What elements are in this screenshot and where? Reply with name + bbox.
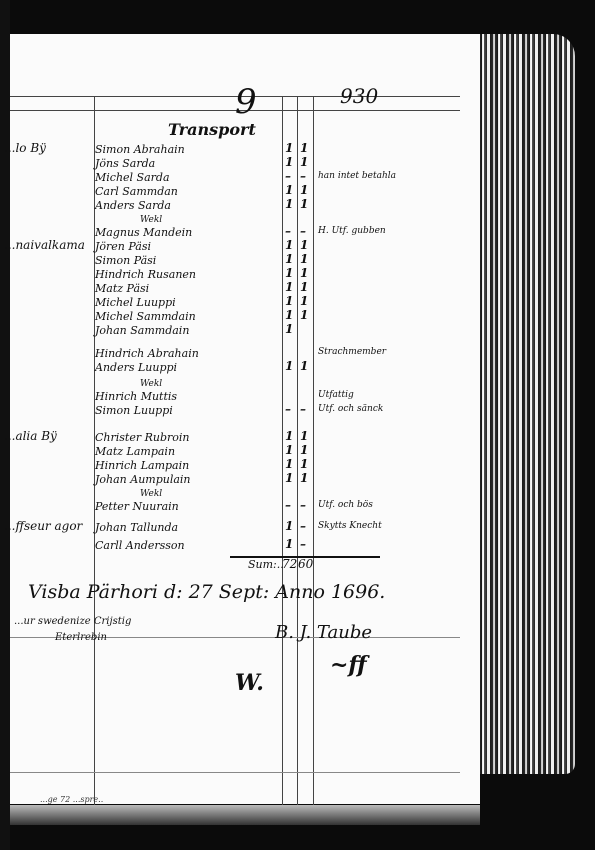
ledger-row: Michel Luuppi (95, 296, 285, 310)
tally-mark: 1 (285, 266, 293, 280)
tally-mark: – (300, 169, 306, 183)
corner-mark: 9 (235, 82, 257, 122)
remark-note: Skytts Knecht (318, 521, 382, 531)
superscript-note: Wekl (140, 215, 162, 225)
tally-mark: – (300, 519, 306, 533)
tally-mark: 1 (300, 280, 308, 294)
person-name: Simon Päsi (95, 254, 158, 267)
tally-mark: – (300, 402, 306, 416)
ledger-row: Johan Sammdain (95, 324, 285, 338)
ledger-row: Michel Sammdain (95, 310, 285, 324)
person-name: Magnus Mandein (95, 226, 194, 239)
tally-mark: 1 (300, 266, 308, 280)
person-name: Matz Lampain (95, 445, 177, 458)
tally-mark: 1 (300, 238, 308, 252)
page-number: 930 (340, 84, 378, 108)
person-name: Anders Luuppi (95, 361, 179, 374)
tally-mark: – (300, 537, 306, 551)
tally-mark: – (285, 402, 291, 416)
tally-mark: – (300, 498, 306, 512)
ledger-row: Magnus Mandein (95, 226, 285, 240)
signature-flourish: ~ff (330, 652, 367, 678)
tally-mark: 1 (300, 308, 308, 322)
tally-mark: 1 (285, 197, 293, 211)
person-name: Michel Luuppi (95, 296, 178, 309)
ledger-row: Hindrich Rusanen (95, 268, 285, 282)
remark-note: Strachmember (318, 347, 386, 357)
remark-note: Utf. och bös (318, 500, 373, 510)
tally-mark: 1 (285, 280, 293, 294)
tally-mark: 1 (285, 519, 293, 533)
tally-mark: 1 (285, 155, 293, 169)
tally-mark: 1 (300, 471, 308, 485)
person-name: Hinrich Lampain (95, 459, 191, 472)
left-note-2: Eterlrebin (55, 632, 107, 643)
tally-mark: 1 (300, 183, 308, 197)
person-name: Christer Rubroin (95, 431, 192, 444)
person-name: Carll Andersson (95, 539, 187, 552)
tally-mark: – (285, 498, 291, 512)
transport-header: Transport (168, 120, 256, 139)
tally-mark: 1 (300, 443, 308, 457)
remark-note: Utf. och sänck (318, 404, 383, 414)
village-label: ...lo Bÿ (4, 141, 46, 155)
sum-value: 72 (282, 557, 297, 571)
tally-mark: 1 (285, 443, 293, 457)
closing-line: Visba Pärhori d: 27 Sept: Anno 1696. (28, 581, 385, 603)
book-spine (0, 0, 10, 850)
superscript-note: Wekl (140, 379, 162, 389)
tally-mark: – (300, 224, 306, 238)
tally-mark: 1 (300, 141, 308, 155)
tally-mark: – (285, 169, 291, 183)
village-label: ...naivalkama (4, 238, 85, 252)
person-name: Hinrich Muttis (95, 390, 179, 403)
ledger-row: Carll Andersson (95, 539, 285, 553)
ledger-row: Christer Rubroin (95, 431, 285, 445)
lower-rule (10, 772, 460, 773)
tally-mark: – (285, 224, 291, 238)
person-name: Anders Sarda (95, 199, 173, 212)
tally-mark: 1 (300, 429, 308, 443)
person-name: Hindrich Abrahain (95, 347, 201, 360)
person-name: Michel Sarda (95, 171, 172, 184)
tally-mark: 1 (300, 294, 308, 308)
ledger-row: Jöns Sarda (95, 157, 285, 171)
village-label: ...ffseur agor (4, 519, 82, 533)
tally-mark: 1 (285, 252, 293, 266)
sum-value-2: 60 (298, 557, 313, 571)
village-label: ...alia Bÿ (4, 429, 57, 443)
ledger-row: Simon Päsi (95, 254, 285, 268)
remark-note: Utfattig (318, 390, 354, 400)
mark-w: W. (235, 670, 264, 696)
ledger-row: Matz Lampain (95, 445, 285, 459)
person-name: Hindrich Rusanen (95, 268, 198, 281)
tally-mark: 1 (285, 141, 293, 155)
ledger-row: Hinrich Muttis (95, 390, 285, 404)
tally-mark: 1 (300, 359, 308, 373)
ledger-row: Simon Abrahain (95, 143, 285, 157)
ledger-row: Jören Päsi (95, 240, 285, 254)
tally-mark: 1 (285, 359, 293, 373)
ledger-row: Petter Nuurain (95, 500, 285, 514)
person-name: Matz Päsi (95, 282, 151, 295)
ledger-row: Anders Luuppi (95, 361, 285, 375)
sum-label: Sum:.. (248, 558, 284, 571)
remark-note: han intet betahla (318, 171, 396, 181)
signature: B. J. Taube (275, 622, 372, 643)
ledger-row: Johan Aumpulain (95, 473, 285, 487)
tally-mark: 1 (300, 457, 308, 471)
ledger-row: Michel Sarda (95, 171, 285, 185)
tally-mark: 1 (285, 308, 293, 322)
ledger-row: Hindrich Abrahain (95, 347, 285, 361)
tally-mark: 1 (300, 197, 308, 211)
tally-mark: 1 (300, 252, 308, 266)
tally-mark: 1 (285, 183, 293, 197)
remark-note: H. Utf. gubben (318, 226, 386, 236)
tally-mark: 1 (300, 155, 308, 169)
person-name: Jöns Sarda (95, 157, 157, 170)
person-name: Johan Aumpulain (95, 473, 193, 486)
person-name: Johan Sammdain (95, 324, 191, 337)
tally-mark: 1 (285, 238, 293, 252)
superscript-note: Wekl (140, 489, 162, 499)
ledger-row: Matz Päsi (95, 282, 285, 296)
person-name: Michel Sammdain (95, 310, 198, 323)
tally-mark: 1 (285, 537, 293, 551)
tally-mark: 1 (285, 294, 293, 308)
footer-note: ...ge 72 ...spre.. (40, 795, 103, 804)
page-bottom-shadow (10, 805, 480, 825)
tally-mark: 1 (285, 457, 293, 471)
ledger-row: Simon Luuppi (95, 404, 285, 418)
left-note-1: ...ur swedenize Crijstig (14, 616, 131, 627)
ledger-row: Hinrich Lampain (95, 459, 285, 473)
person-name: Simon Luuppi (95, 404, 175, 417)
person-name: Simon Abrahain (95, 143, 187, 156)
ledger-row: Johan Tallunda (95, 521, 285, 535)
column-rule (297, 96, 298, 806)
person-name: Carl Sammdan (95, 185, 180, 198)
person-name: Jören Päsi (95, 240, 153, 253)
person-name: Petter Nuurain (95, 500, 181, 513)
tally-mark: 1 (285, 322, 293, 336)
tally-mark: 1 (285, 471, 293, 485)
column-rule (313, 96, 314, 806)
person-name: Johan Tallunda (95, 521, 180, 534)
ledger-row: Carl Sammdan (95, 185, 285, 199)
ledger-row: Anders Sarda (95, 199, 285, 213)
tally-mark: 1 (285, 429, 293, 443)
